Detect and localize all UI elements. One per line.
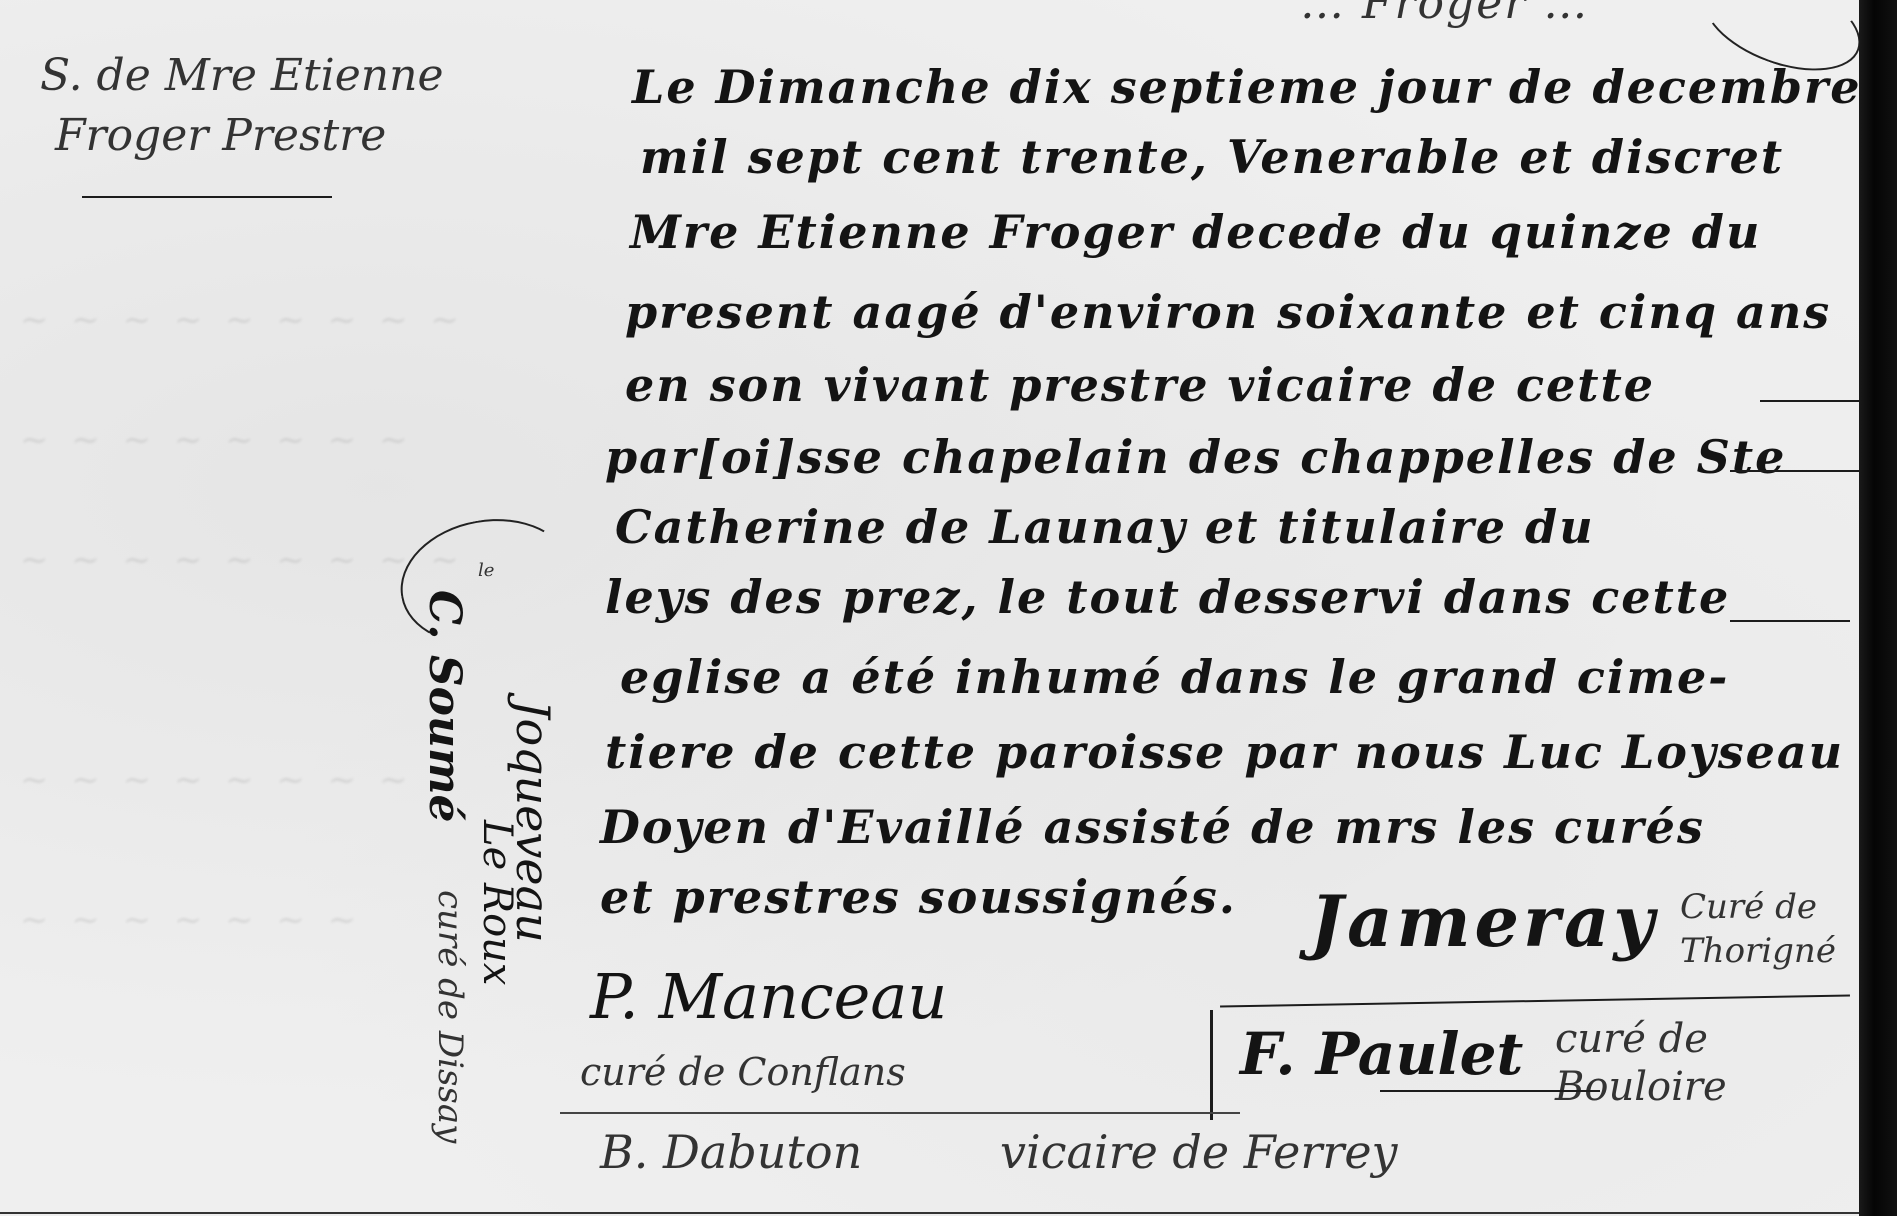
page-bottom-edge: [0, 1212, 1897, 1214]
margin-note-underline: [82, 196, 332, 198]
vertical-signature-title-dissay: curé de Dissay: [430, 890, 470, 1143]
signature-divider: [1210, 1010, 1213, 1120]
bleed-through-text: ~ ~ ~ ~ ~ ~ ~ ~: [20, 760, 414, 800]
vertical-signature-leroux: Le Roux: [474, 820, 520, 985]
signature-paulet: F. Paulet: [1240, 1020, 1523, 1088]
body-line-3: Mre Etienne Froger decede du quinze du: [630, 205, 1761, 259]
signature-title-bouloire: curé de Bouloire: [1555, 1015, 1775, 1111]
book-binding-edge: [1859, 0, 1897, 1216]
body-line-8: leys des prez, le tout desservi dans cet…: [605, 570, 1730, 624]
bleed-through-text: ~ ~ ~ ~ ~ ~ ~ ~ ~: [20, 300, 465, 340]
body-line-5: en son vivant prestre vicaire de cette: [625, 358, 1655, 412]
bleed-through-text: ~ ~ ~ ~ ~ ~ ~ ~ ~: [20, 540, 465, 580]
signature-separator: [1220, 995, 1850, 1008]
signature-title-conflans: curé de Conflans: [580, 1050, 906, 1094]
body-line-7: Catherine de Launay et titulaire du: [615, 500, 1595, 554]
body-line-9: eglise a été inhumé dans le grand cime-: [620, 650, 1729, 704]
signature-title-thorigne: Curé de Thorigné: [1680, 885, 1860, 973]
register-page: ~ ~ ~ ~ ~ ~ ~ ~ ~ ~ ~ ~ ~ ~ ~ ~ ~ ~ ~ ~ …: [0, 0, 1897, 1216]
body-line-10: tiere de cette paroisse par nous Luc Loy…: [605, 725, 1844, 779]
body-line-6: par[oi]sse chapelain des chappelles de S…: [605, 430, 1786, 484]
signature-dabuton: B. Dabuton: [600, 1125, 862, 1179]
body-line-12: et prestres soussignés.: [600, 870, 1237, 924]
body-line-2: mil sept cent trente, Venerable et discr…: [640, 130, 1784, 184]
margin-note-line-1: S. de Mre Etienne: [40, 50, 443, 101]
line-end-dash: [1730, 470, 1860, 472]
signature-manceau: P. Manceau: [590, 960, 947, 1033]
signature-separator: [560, 1112, 1240, 1114]
body-line-1: Le Dimanche dix septieme jour de decembr…: [632, 60, 1862, 114]
body-line-4: present aagé d'environ soixante et cinq …: [625, 285, 1831, 339]
signature-title-ferrey: vicaire de Ferrey: [1000, 1125, 1398, 1179]
line-end-dash: [1730, 620, 1850, 622]
signature-underline: [1380, 1090, 1600, 1092]
bleed-through-text: ~ ~ ~ ~ ~ ~ ~ ~: [20, 420, 414, 460]
previous-entry-fragment: … Froger …: [1300, 0, 1589, 29]
bleed-through-text: ~ ~ ~ ~ ~ ~ ~: [20, 900, 362, 940]
body-line-11: Doyen d'Evaillé assisté de mrs les curés: [600, 800, 1705, 854]
signature-jameray: Jameray: [1310, 880, 1658, 963]
line-end-dash: [1760, 400, 1860, 402]
margin-note-line-2: Froger Prestre: [55, 110, 386, 161]
